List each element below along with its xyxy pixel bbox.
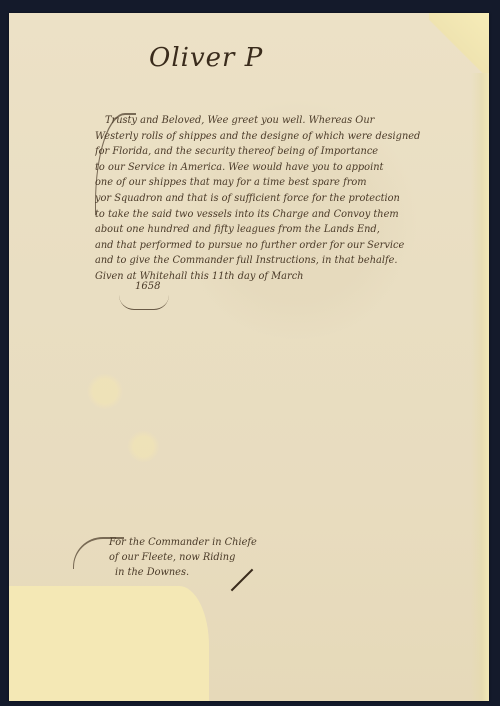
letter-body: Trusty and Beloved, Wee greet you well. … (95, 113, 455, 285)
paper-corner-fold (429, 13, 489, 73)
date-year: 1658 (135, 281, 160, 292)
body-line: for Florida, and the security thereof be… (95, 144, 455, 160)
body-line: and that performed to pursue no further … (95, 238, 455, 254)
address-line: For the Commander in Chiefe (109, 535, 257, 550)
body-line: to take the said two vessels into its Ch… (95, 207, 455, 223)
body-line: Westerly rolls of shippes and the design… (95, 129, 455, 145)
manuscript-page: Oliver P Trusty and Beloved, Wee greet y… (9, 13, 489, 701)
paper-stain (9, 586, 209, 701)
body-line: about one hundred and fifty leagues from… (95, 222, 455, 238)
body-line: to our Service in America. Wee would hav… (95, 160, 455, 176)
address-line: in the Downes. (109, 565, 257, 580)
signature-heading: Oliver P (149, 43, 263, 73)
body-line: Trusty and Beloved, Wee greet you well. … (95, 113, 455, 129)
body-line: yor Squadron and that is of sufficient f… (95, 191, 455, 207)
address-line: of our Fleete, now Riding (109, 550, 257, 565)
paper-edge (471, 73, 489, 701)
body-line: and to give the Commander full Instructi… (95, 253, 455, 269)
body-line: one of our shippes that may for a time b… (95, 175, 455, 191)
year-flourish (119, 295, 169, 310)
address-block: For the Commander in Chiefe of our Fleet… (109, 535, 257, 580)
